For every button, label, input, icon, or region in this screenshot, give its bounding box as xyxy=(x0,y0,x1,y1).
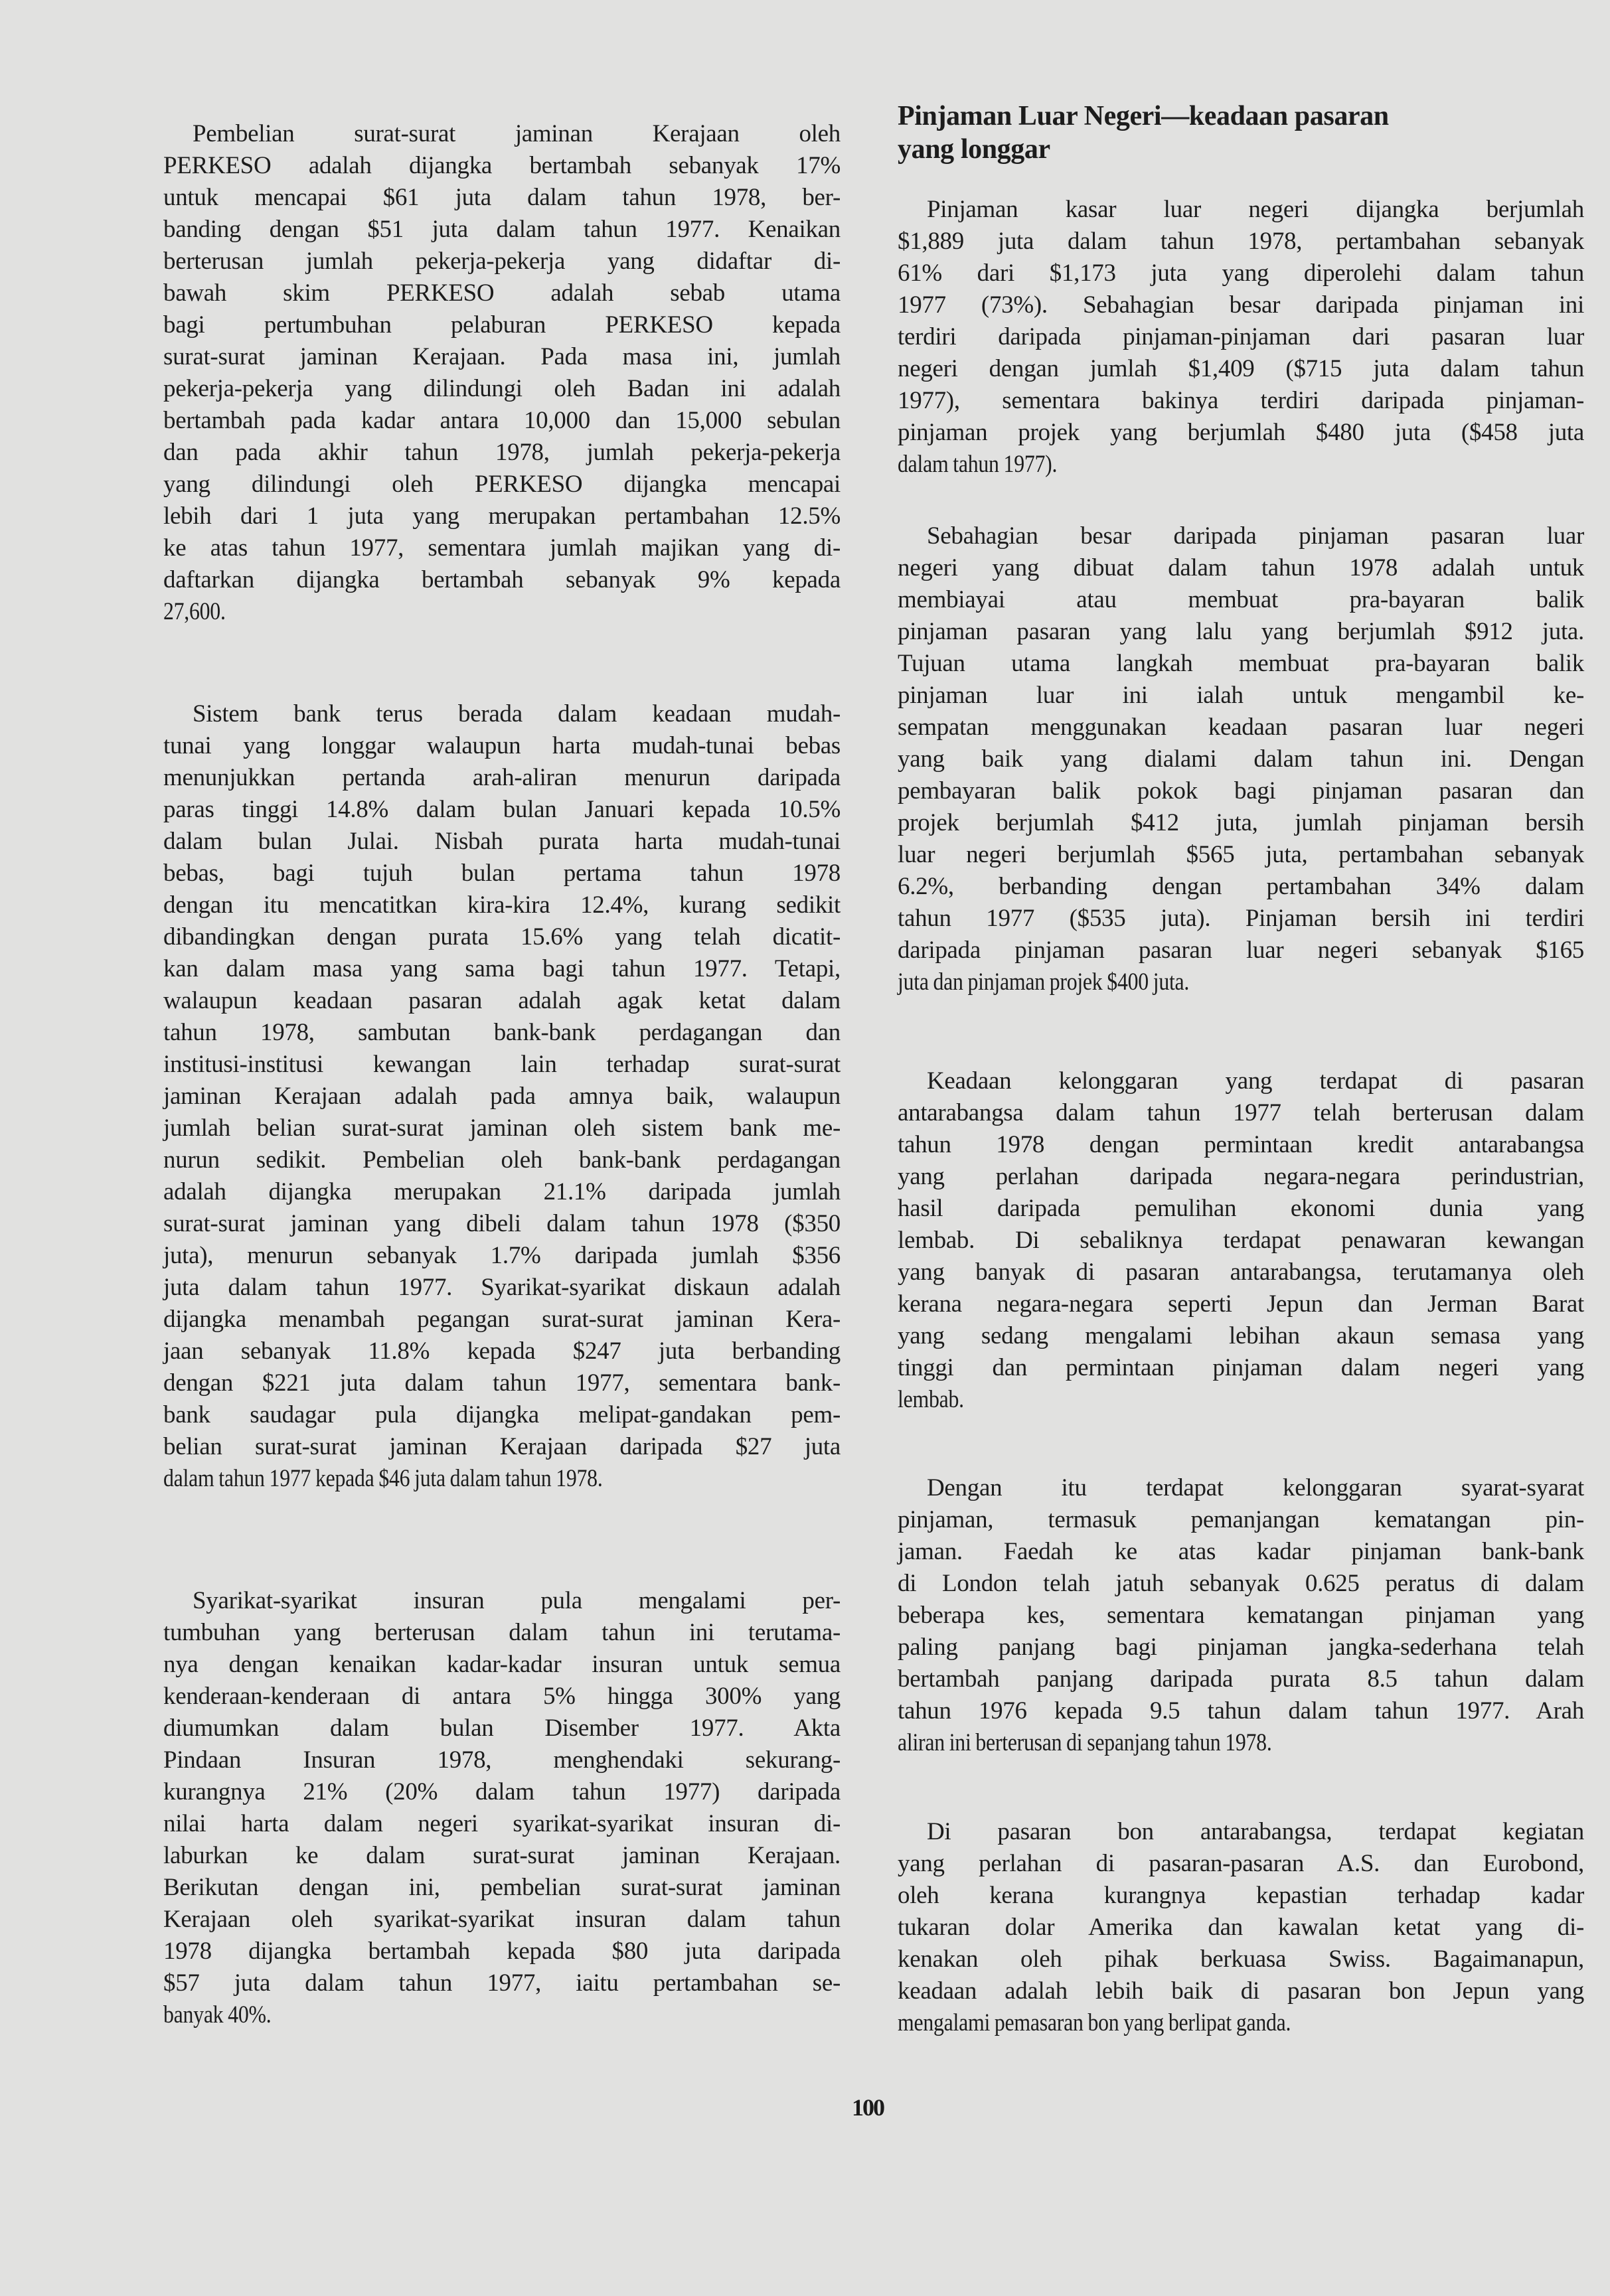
text-line: dijangka menambah pegangan surat-surat j… xyxy=(163,1304,841,1336)
text-line: 1977), sementara bakinya terdiri daripad… xyxy=(898,385,1584,417)
text-line-content: aliran ini berterusan di sepanjang tahun… xyxy=(898,1727,1488,1759)
text-line-content: dalam tahun 1977 kepada $46 juta dalam t… xyxy=(163,1463,746,1495)
text-line: negeri yang dibuat dalam tahun 1978 adal… xyxy=(898,552,1584,584)
text-line-content: Kerajaan oleh syarikat-syarikat insuran … xyxy=(163,1904,841,1936)
text-line: institusi-institusi kewangan lain terhad… xyxy=(163,1049,841,1081)
text-line-content: paling panjang bagi pinjaman jangka-sede… xyxy=(898,1632,1584,1663)
text-line: 61% dari $1,173 juta yang diperolehi dal… xyxy=(898,258,1584,289)
text-line-content: 6.2%, berbanding dengan pertambahan 34% … xyxy=(898,871,1584,903)
text-line-content: Dengan itu terdapat kelonggaran syarat-s… xyxy=(898,1472,1584,1504)
text-line-content: nurun sedikit. Pembelian oleh bank-bank … xyxy=(163,1144,841,1176)
heading-line-2: yang longgar xyxy=(898,133,1584,166)
text-line-content: Di pasaran bon antarabangsa, terdapat ke… xyxy=(898,1816,1584,1848)
text-line: hasil daripada pemulihan ekonomi dunia y… xyxy=(898,1193,1584,1225)
text-line: jaan sebanyak 11.8% kepada $247 juta ber… xyxy=(163,1336,841,1367)
text-line: pekerja-pekerja yang dilindungi oleh Bad… xyxy=(163,373,841,405)
text-line: paling panjang bagi pinjaman jangka-sede… xyxy=(898,1632,1584,1663)
text-line: dan pada akhir tahun 1978, jumlah pekerj… xyxy=(163,437,841,469)
text-line-content: menunjukkan pertanda arah-aliran menurun… xyxy=(163,762,841,794)
text-line-content: bebas, bagi tujuh bulan pertama tahun 19… xyxy=(163,858,841,889)
text-line-content: lebih dari 1 juta yang merupakan pertamb… xyxy=(163,500,841,532)
text-line-content: hasil daripada pemulihan ekonomi dunia y… xyxy=(898,1193,1584,1225)
text-line: bagi pertumbuhan pelaburan PERKESO kepad… xyxy=(163,309,841,341)
text-line-content: banding dengan $51 juta dalam tahun 1977… xyxy=(163,214,841,246)
text-line: daripada pinjaman pasaran luar negeri se… xyxy=(898,935,1584,966)
text-line: yang perlahan daripada negara-negara per… xyxy=(898,1161,1584,1193)
text-line-content: paras tinggi 14.8% dalam bulan Januari k… xyxy=(163,794,841,826)
text-line: mengalami pemasaran bon yang berlipat ga… xyxy=(898,2007,1584,2039)
text-line: belian surat-surat jaminan Kerajaan dari… xyxy=(163,1431,841,1463)
text-line: banyak 40%. xyxy=(163,1999,841,2031)
text-line: dibandingkan dengan purata 15.6% yang te… xyxy=(163,921,841,953)
text-line-content: 61% dari $1,173 juta yang diperolehi dal… xyxy=(898,258,1584,289)
text-line: Kerajaan oleh syarikat-syarikat insuran … xyxy=(163,1904,841,1936)
text-line: beberapa kes, sementara kematangan pinja… xyxy=(898,1600,1584,1632)
text-line: paras tinggi 14.8% dalam bulan Januari k… xyxy=(163,794,841,826)
section-heading: Pinjaman Luar Negeri—keadaan pasaran yan… xyxy=(898,100,1584,166)
text-line-content: institusi-institusi kewangan lain terhad… xyxy=(163,1049,841,1081)
text-line-content: 27,600. xyxy=(163,596,746,628)
text-line-content: bertambah pada kadar antara 10,000 dan 1… xyxy=(163,405,841,437)
text-line: dalam bulan Julai. Nisbah purata harta m… xyxy=(163,826,841,858)
text-line-content: bagi pertumbuhan pelaburan PERKESO kepad… xyxy=(163,309,841,341)
text-line-content: nilai harta dalam negeri syarikat-syarik… xyxy=(163,1808,841,1840)
text-line: laburkan ke dalam surat-surat jaminan Ke… xyxy=(163,1840,841,1872)
paragraph-bond-markets: Di pasaran bon antarabangsa, terdapat ke… xyxy=(898,1816,1584,2039)
text-line: pinjaman, termasuk pemanjangan kematanga… xyxy=(898,1504,1584,1536)
text-line-content: tahun 1977 ($535 juta). Pinjaman bersih … xyxy=(898,903,1584,935)
text-line-content: tukaran dolar Amerika dan kawalan ketat … xyxy=(898,1912,1584,1944)
text-line-content: dalam bulan Julai. Nisbah purata harta m… xyxy=(163,826,841,858)
text-line-content: tunai yang longgar walaupun harta mudah-… xyxy=(163,730,841,762)
text-line: dengan itu mencatitkan kira-kira 12.4%, … xyxy=(163,889,841,921)
text-line: ke atas tahun 1977, sementara jumlah maj… xyxy=(163,532,841,564)
text-line-content: juta dan pinjaman projek $400 juta. xyxy=(898,966,1488,998)
text-line-content: $1,889 juta dalam tahun 1978, pertambaha… xyxy=(898,226,1584,258)
text-line-content: tahun 1978 dengan permintaan kredit anta… xyxy=(898,1129,1584,1161)
text-line: kan dalam masa yang sama bagi tahun 1977… xyxy=(163,953,841,985)
paragraph-international-market-conditions: Keadaan kelonggaran yang terdapat di pas… xyxy=(898,1065,1584,1416)
text-line-content: kenderaan-kenderaan di antara 5% hingga … xyxy=(163,1681,841,1713)
text-line: Keadaan kelonggaran yang terdapat di pas… xyxy=(898,1065,1584,1097)
text-line-content: juta dalam tahun 1977. Syarikat-syarikat… xyxy=(163,1272,841,1304)
text-line: yang perlahan di pasaran-pasaran A.S. da… xyxy=(898,1848,1584,1880)
text-line: terdiri daripada pinjaman-pinjaman dari … xyxy=(898,321,1584,353)
text-line: dengan $221 juta dalam tahun 1977, semen… xyxy=(163,1367,841,1399)
text-line: kerana negara-negara seperti Jepun dan J… xyxy=(898,1288,1584,1320)
text-line: juta), menurun sebanyak 1.7% daripada ju… xyxy=(163,1240,841,1272)
text-line: dalam tahun 1977 kepada $46 juta dalam t… xyxy=(163,1463,841,1495)
text-line: walaupun keadaan pasaran adalah agak ket… xyxy=(163,985,841,1017)
text-line: dalam tahun 1977). xyxy=(898,449,1584,481)
text-line: bank saudagar pula dijangka melipat-gand… xyxy=(163,1399,841,1431)
text-line: Pindaan Insuran 1978, menghendaki sekura… xyxy=(163,1744,841,1776)
text-line-content: yang perlahan di pasaran-pasaran A.S. da… xyxy=(898,1848,1584,1880)
text-line-content: surat-surat jaminan Kerajaan. Pada masa … xyxy=(163,341,841,373)
text-line: banding dengan $51 juta dalam tahun 1977… xyxy=(163,214,841,246)
text-line: berterusan jumlah pekerja-pekerja yang d… xyxy=(163,246,841,277)
text-line-content: bawah skim PERKESO adalah sebab utama xyxy=(163,277,841,309)
text-line: jaminan Kerajaan adalah pada amnya baik,… xyxy=(163,1081,841,1112)
text-line-content: diumumkan dalam bulan Disember 1977. Akt… xyxy=(163,1713,841,1744)
text-line: tumbuhan yang berterusan dalam tahun ini… xyxy=(163,1617,841,1649)
text-line-content: kan dalam masa yang sama bagi tahun 1977… xyxy=(163,953,841,985)
text-line-content: adalah dijangka merupakan 21.1% daripada… xyxy=(163,1176,841,1208)
text-line: tahun 1977 ($535 juta). Pinjaman bersih … xyxy=(898,903,1584,935)
text-line: yang banyak di pasaran antarabangsa, ter… xyxy=(898,1257,1584,1288)
text-line: 6.2%, berbanding dengan pertambahan 34% … xyxy=(898,871,1584,903)
text-line: Pinjaman kasar luar negeri dijangka berj… xyxy=(898,194,1584,226)
text-line-content: dan pada akhir tahun 1978, jumlah pekerj… xyxy=(163,437,841,469)
text-line-content: lembab. xyxy=(898,1384,1488,1416)
text-line: antarabangsa dalam tahun 1977 telah bert… xyxy=(898,1097,1584,1129)
paragraph-insurance: Syarikat-syarikat insuran pula mengalami… xyxy=(163,1585,841,2031)
text-line-content: bertambah panjang daripada purata 8.5 ta… xyxy=(898,1663,1584,1695)
text-line: Syarikat-syarikat insuran pula mengalami… xyxy=(163,1585,841,1617)
text-line: membiayai atau membuat pra-bayaran balik xyxy=(898,584,1584,616)
text-line: adalah dijangka merupakan 21.1% daripada… xyxy=(163,1176,841,1208)
text-line: lebih dari 1 juta yang merupakan pertamb… xyxy=(163,500,841,532)
paragraph-gross-foreign-loans: Pinjaman kasar luar negeri dijangka berj… xyxy=(898,194,1584,481)
text-line-content: kerana negara-negara seperti Jepun dan J… xyxy=(898,1288,1584,1320)
text-line-content: Pindaan Insuran 1978, menghendaki sekura… xyxy=(163,1744,841,1776)
page-number: 100 xyxy=(852,2094,884,2121)
text-line: bawah skim PERKESO adalah sebab utama xyxy=(163,277,841,309)
text-line: nya dengan kenaikan kadar-kadar insuran … xyxy=(163,1649,841,1681)
text-line: Tujuan utama langkah membuat pra-bayaran… xyxy=(898,648,1584,680)
text-line-content: ke atas tahun 1977, sementara jumlah maj… xyxy=(163,532,841,564)
text-line-content: jumlah belian surat-surat jaminan oleh s… xyxy=(163,1112,841,1144)
text-line: sempatan menggunakan keadaan pasaran lua… xyxy=(898,712,1584,743)
text-line-content: jaan sebanyak 11.8% kepada $247 juta ber… xyxy=(163,1336,841,1367)
text-line-content: yang baik yang dialami dalam tahun ini. … xyxy=(898,743,1584,775)
text-line-content: 1977 (73%). Sebahagian besar daripada pi… xyxy=(898,289,1584,321)
text-line: nilai harta dalam negeri syarikat-syarik… xyxy=(163,1808,841,1840)
text-line-content: tahun 1978, sambutan bank-bank perdagang… xyxy=(163,1017,841,1049)
text-line-content: belian surat-surat jaminan Kerajaan dari… xyxy=(163,1431,841,1463)
paragraph-loan-terms: Dengan itu terdapat kelonggaran syarat-s… xyxy=(898,1472,1584,1759)
text-line-content: pinjaman, termasuk pemanjangan kematanga… xyxy=(898,1504,1584,1536)
text-line-content: daripada pinjaman pasaran luar negeri se… xyxy=(898,935,1584,966)
text-line-content: $57 juta dalam tahun 1977, iaitu pertamb… xyxy=(163,1967,841,1999)
text-line-content: antarabangsa dalam tahun 1977 telah bert… xyxy=(898,1097,1584,1129)
text-line-content: dengan $221 juta dalam tahun 1977, semen… xyxy=(163,1367,841,1399)
text-line-content: yang sedang mengalami lebihan akaun sema… xyxy=(898,1320,1584,1352)
text-line-content: berterusan jumlah pekerja-pekerja yang d… xyxy=(163,246,841,277)
text-line-content: dibandingkan dengan purata 15.6% yang te… xyxy=(163,921,841,953)
text-line: bertambah pada kadar antara 10,000 dan 1… xyxy=(163,405,841,437)
text-line-content: keadaan adalah lebih baik di pasaran bon… xyxy=(898,1975,1584,2007)
text-line-content: terdiri daripada pinjaman-pinjaman dari … xyxy=(898,321,1584,353)
text-line: pinjaman projek yang berjumlah $480 juta… xyxy=(898,417,1584,449)
text-line-content: dengan itu mencatitkan kira-kira 12.4%, … xyxy=(163,889,841,921)
text-line-content: untuk mencapai $61 juta dalam tahun 1978… xyxy=(163,182,841,214)
text-line: yang sedang mengalami lebihan akaun sema… xyxy=(898,1320,1584,1352)
text-line-content: yang banyak di pasaran antarabangsa, ter… xyxy=(898,1257,1584,1288)
text-line: tahun 1978 dengan permintaan kredit anta… xyxy=(898,1129,1584,1161)
text-line: 1977 (73%). Sebahagian besar daripada pi… xyxy=(898,289,1584,321)
text-line-content: jaman. Faedah ke atas kadar pinjaman ban… xyxy=(898,1536,1584,1568)
text-line-content: Berikutan dengan ini, pembelian surat-su… xyxy=(163,1872,841,1904)
text-line-content: luar negeri berjumlah $565 juta, pertamb… xyxy=(898,839,1584,871)
paragraph-market-loans-prepayment: Sebahagian besar daripada pinjaman pasar… xyxy=(898,520,1584,998)
text-line-content: jaminan Kerajaan adalah pada amnya baik,… xyxy=(163,1081,841,1112)
text-line-content: nya dengan kenaikan kadar-kadar insuran … xyxy=(163,1649,841,1681)
text-line-content: oleh kerana kurangnya kepastian terhadap… xyxy=(898,1880,1584,1912)
text-line: kenderaan-kenderaan di antara 5% hingga … xyxy=(163,1681,841,1713)
text-line: juta dan pinjaman projek $400 juta. xyxy=(898,966,1584,998)
text-line: surat-surat jaminan yang dibeli dalam ta… xyxy=(163,1208,841,1240)
text-line: untuk mencapai $61 juta dalam tahun 1978… xyxy=(163,182,841,214)
text-line-content: pekerja-pekerja yang dilindungi oleh Bad… xyxy=(163,373,841,405)
text-line: PERKESO adalah dijangka bertambah sebany… xyxy=(163,150,841,182)
text-line: pinjaman luar ini ialah untuk mengambil … xyxy=(898,680,1584,712)
text-line-content: tumbuhan yang berterusan dalam tahun ini… xyxy=(163,1617,841,1649)
text-line-content: 1978 dijangka bertambah kepada $80 juta … xyxy=(163,1936,841,1967)
text-line-content: walaupun keadaan pasaran adalah agak ket… xyxy=(163,985,841,1017)
text-line-content: pinjaman pasaran yang lalu yang berjumla… xyxy=(898,616,1584,648)
text-line-content: Keadaan kelonggaran yang terdapat di pas… xyxy=(898,1065,1584,1097)
paragraph-perkeso: Pembelian surat-surat jaminan Kerajaan o… xyxy=(163,118,841,628)
text-line: nurun sedikit. Pembelian oleh bank-bank … xyxy=(163,1144,841,1176)
text-line-content: daftarkan dijangka bertambah sebanyak 9%… xyxy=(163,564,841,596)
text-line: Sebahagian besar daripada pinjaman pasar… xyxy=(898,520,1584,552)
text-line: lembab. Di sebaliknya terdapat penawaran… xyxy=(898,1225,1584,1257)
text-line: $57 juta dalam tahun 1977, iaitu pertamb… xyxy=(163,1967,841,1999)
text-line-content: Sistem bank terus berada dalam keadaan m… xyxy=(163,698,841,730)
text-line-content: lembab. Di sebaliknya terdapat penawaran… xyxy=(898,1225,1584,1257)
text-line: luar negeri berjumlah $565 juta, pertamb… xyxy=(898,839,1584,871)
text-line: di London telah jatuh sebanyak 0.625 per… xyxy=(898,1568,1584,1600)
text-line-content: 1977), sementara bakinya terdiri daripad… xyxy=(898,385,1584,417)
text-line-content: tahun 1976 kepada 9.5 tahun dalam tahun … xyxy=(898,1695,1584,1727)
text-line: bertambah panjang daripada purata 8.5 ta… xyxy=(898,1663,1584,1695)
heading-line-1: Pinjaman Luar Negeri—keadaan pasaran xyxy=(898,100,1584,133)
text-line-content: bank saudagar pula dijangka melipat-gand… xyxy=(163,1399,841,1431)
text-line-content: Syarikat-syarikat insuran pula mengalami… xyxy=(163,1585,841,1617)
text-line: aliran ini berterusan di sepanjang tahun… xyxy=(898,1727,1584,1759)
text-line-content: juta), menurun sebanyak 1.7% daripada ju… xyxy=(163,1240,841,1272)
text-line: oleh kerana kurangnya kepastian terhadap… xyxy=(898,1880,1584,1912)
text-line-content: mengalami pemasaran bon yang berlipat ga… xyxy=(898,2007,1488,2039)
text-line-content: kurangnya 21% (20% dalam tahun 1977) dar… xyxy=(163,1776,841,1808)
text-line-content: beberapa kes, sementara kematangan pinja… xyxy=(898,1600,1584,1632)
text-line: daftarkan dijangka bertambah sebanyak 9%… xyxy=(163,564,841,596)
text-line: pinjaman pasaran yang lalu yang berjumla… xyxy=(898,616,1584,648)
text-line-content: negeri dengan jumlah $1,409 ($715 juta d… xyxy=(898,353,1584,385)
text-line: kenakan oleh pihak berkuasa Swiss. Bagai… xyxy=(898,1944,1584,1975)
text-line-content: Pembelian surat-surat jaminan Kerajaan o… xyxy=(163,118,841,150)
text-line-content: projek berjumlah $412 juta, jumlah pinja… xyxy=(898,807,1584,839)
text-line: Pembelian surat-surat jaminan Kerajaan o… xyxy=(163,118,841,150)
text-line: projek berjumlah $412 juta, jumlah pinja… xyxy=(898,807,1584,839)
text-line: 27,600. xyxy=(163,596,841,628)
text-line-content: pinjaman projek yang berjumlah $480 juta… xyxy=(898,417,1584,449)
text-line-content: membiayai atau membuat pra-bayaran balik xyxy=(898,584,1584,616)
text-line-content: pembayaran balik pokok bagi pinjaman pas… xyxy=(898,775,1584,807)
text-line: $1,889 juta dalam tahun 1978, pertambaha… xyxy=(898,226,1584,258)
text-line-content: Sebahagian besar daripada pinjaman pasar… xyxy=(898,520,1584,552)
text-line: tahun 1978, sambutan bank-bank perdagang… xyxy=(163,1017,841,1049)
text-line: Dengan itu terdapat kelonggaran syarat-s… xyxy=(898,1472,1584,1504)
text-line-content: Pinjaman kasar luar negeri dijangka berj… xyxy=(898,194,1584,226)
text-line: tunai yang longgar walaupun harta mudah-… xyxy=(163,730,841,762)
text-line: menunjukkan pertanda arah-aliran menurun… xyxy=(163,762,841,794)
text-line-content: di London telah jatuh sebanyak 0.625 per… xyxy=(898,1568,1584,1600)
text-line-content: tinggi dan permintaan pinjaman dalam neg… xyxy=(898,1352,1584,1384)
text-line: diumumkan dalam bulan Disember 1977. Akt… xyxy=(163,1713,841,1744)
text-line-content: pinjaman luar ini ialah untuk mengambil … xyxy=(898,680,1584,712)
text-line-content: negeri yang dibuat dalam tahun 1978 adal… xyxy=(898,552,1584,584)
text-line: tukaran dolar Amerika dan kawalan ketat … xyxy=(898,1912,1584,1944)
text-line: yang baik yang dialami dalam tahun ini. … xyxy=(898,743,1584,775)
text-line-content: sempatan menggunakan keadaan pasaran lua… xyxy=(898,712,1584,743)
text-line: Di pasaran bon antarabangsa, terdapat ke… xyxy=(898,1816,1584,1848)
text-line: keadaan adalah lebih baik di pasaran bon… xyxy=(898,1975,1584,2007)
text-line: 1978 dijangka bertambah kepada $80 juta … xyxy=(163,1936,841,1967)
document-page: Pembelian surat-surat jaminan Kerajaan o… xyxy=(0,0,1610,2296)
text-line: Berikutan dengan ini, pembelian surat-su… xyxy=(163,1872,841,1904)
text-line-content: surat-surat jaminan yang dibeli dalam ta… xyxy=(163,1208,841,1240)
text-line: surat-surat jaminan Kerajaan. Pada masa … xyxy=(163,341,841,373)
text-line: kurangnya 21% (20% dalam tahun 1977) dar… xyxy=(163,1776,841,1808)
text-line-content: yang perlahan daripada negara-negara per… xyxy=(898,1161,1584,1193)
text-line: lembab. xyxy=(898,1384,1584,1416)
text-line: juta dalam tahun 1977. Syarikat-syarikat… xyxy=(163,1272,841,1304)
text-line-content: dijangka menambah pegangan surat-surat j… xyxy=(163,1304,841,1336)
text-line-content: laburkan ke dalam surat-surat jaminan Ke… xyxy=(163,1840,841,1872)
text-line: pembayaran balik pokok bagi pinjaman pas… xyxy=(898,775,1584,807)
text-line: tahun 1976 kepada 9.5 tahun dalam tahun … xyxy=(898,1695,1584,1727)
text-line: jumlah belian surat-surat jaminan oleh s… xyxy=(163,1112,841,1144)
text-line: negeri dengan jumlah $1,409 ($715 juta d… xyxy=(898,353,1584,385)
text-line: jaman. Faedah ke atas kadar pinjaman ban… xyxy=(898,1536,1584,1568)
paragraph-bank-system: Sistem bank terus berada dalam keadaan m… xyxy=(163,698,841,1495)
text-line-content: Tujuan utama langkah membuat pra-bayaran… xyxy=(898,648,1584,680)
text-line: bebas, bagi tujuh bulan pertama tahun 19… xyxy=(163,858,841,889)
text-line-content: kenakan oleh pihak berkuasa Swiss. Bagai… xyxy=(898,1944,1584,1975)
text-line: Sistem bank terus berada dalam keadaan m… xyxy=(163,698,841,730)
text-line-content: yang dilindungi oleh PERKESO dijangka me… xyxy=(163,469,841,500)
text-line: tinggi dan permintaan pinjaman dalam neg… xyxy=(898,1352,1584,1384)
text-line: yang dilindungi oleh PERKESO dijangka me… xyxy=(163,469,841,500)
text-line-content: banyak 40%. xyxy=(163,1999,746,2031)
text-line-content: PERKESO adalah dijangka bertambah sebany… xyxy=(163,150,841,182)
text-line-content: dalam tahun 1977). xyxy=(898,449,1488,481)
